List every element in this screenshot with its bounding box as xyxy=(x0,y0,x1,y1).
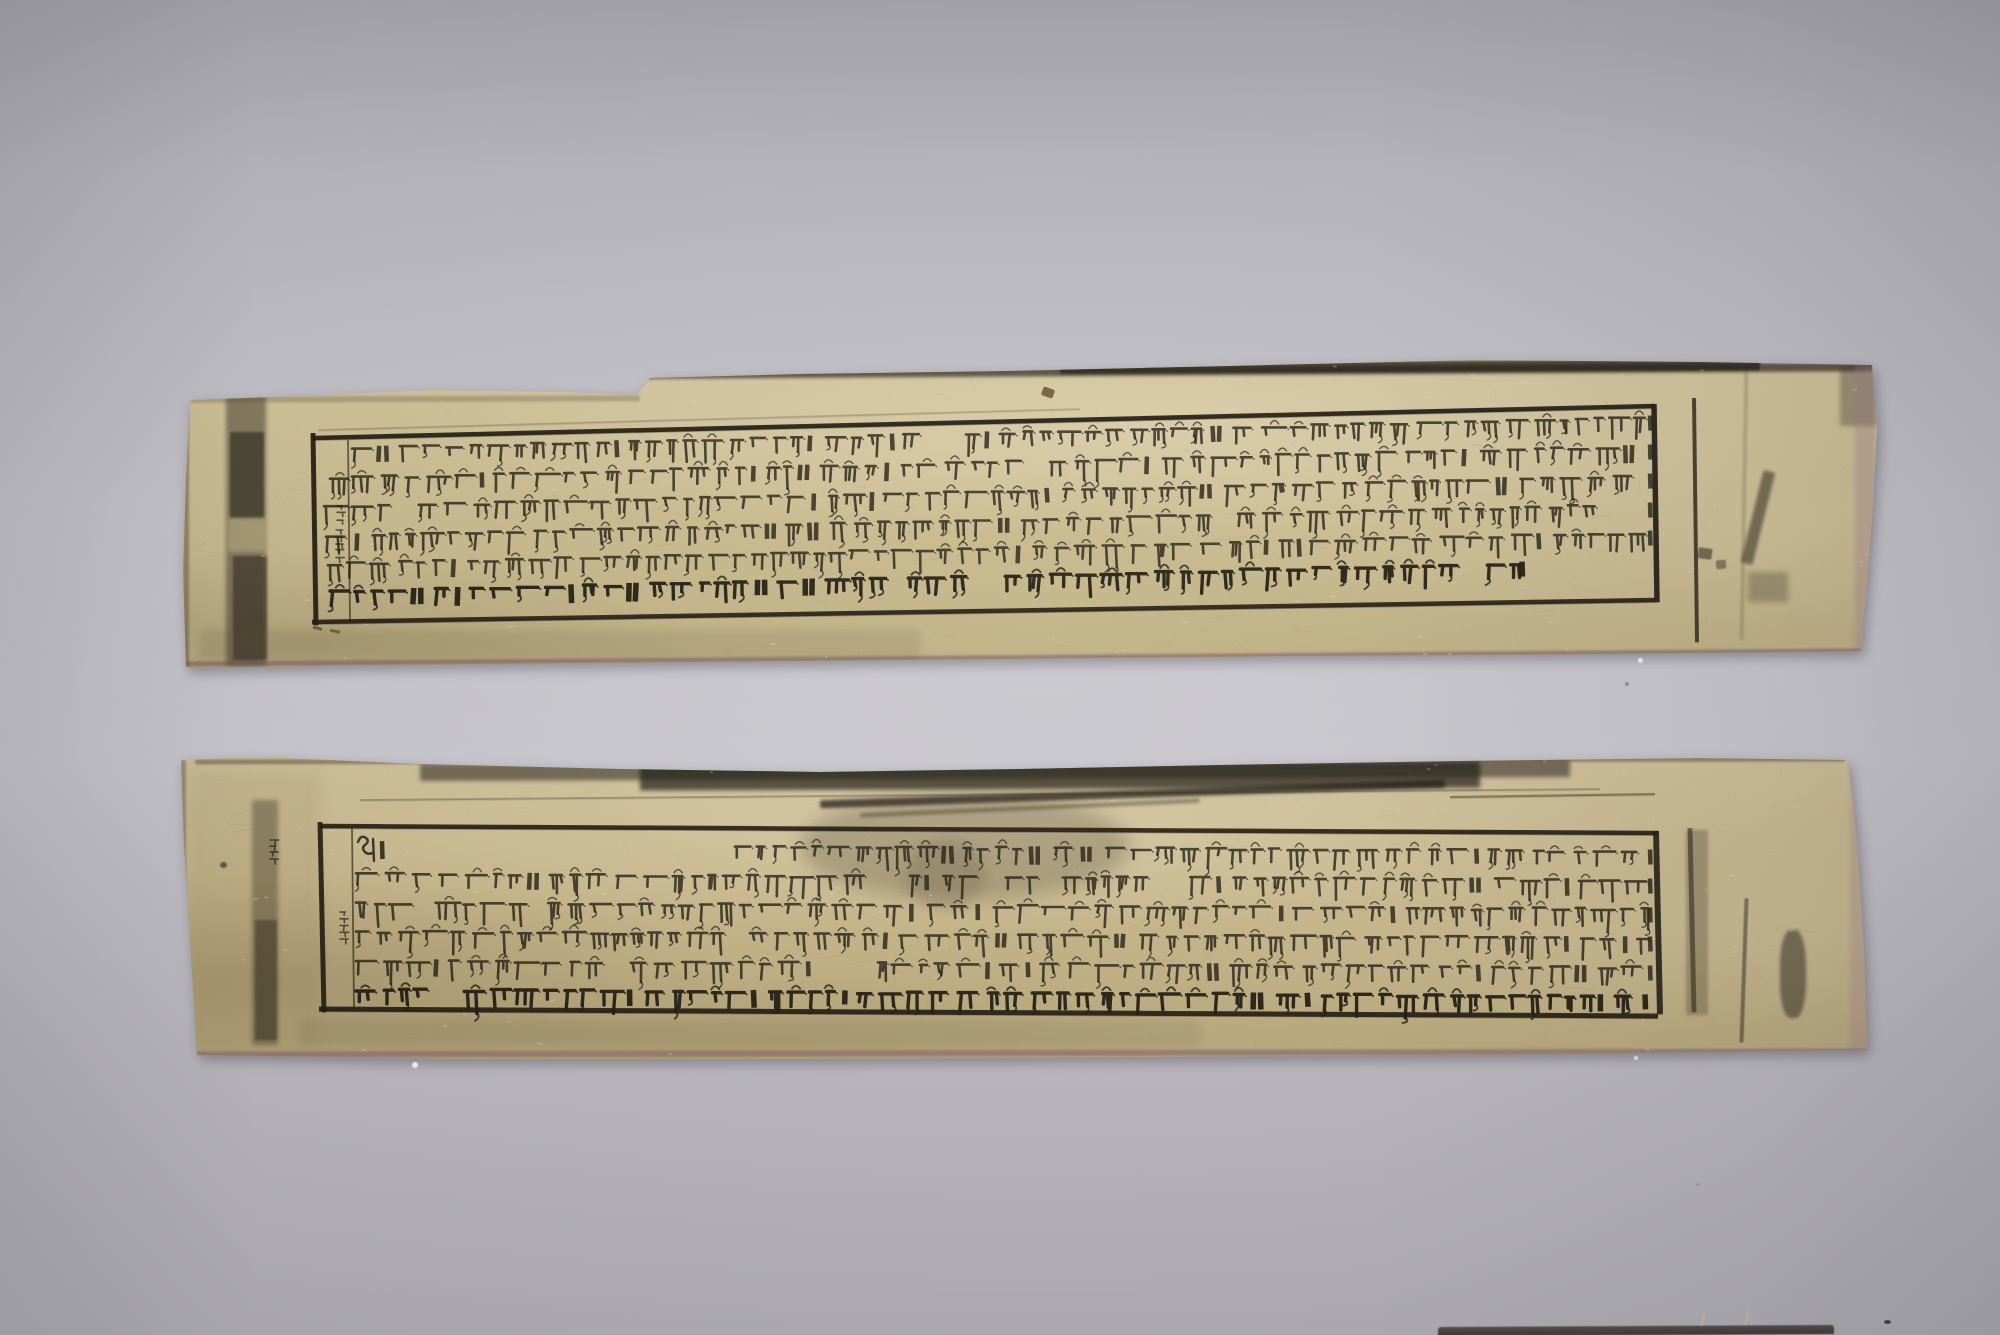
ink-stain-dot-left xyxy=(220,862,227,868)
text-line-3 xyxy=(356,897,1651,937)
ink-stain-right-margin-streaks xyxy=(1686,830,1708,1015)
ink-stain-right-blotch xyxy=(1780,930,1806,1018)
ink-stain-left-transfer-core xyxy=(255,920,277,1040)
margin-annotation xyxy=(270,840,349,944)
text-line-4 xyxy=(356,924,1651,962)
ink-stain-right-scratch xyxy=(1739,898,1748,1043)
ink-stain-smudge-cloud xyxy=(800,792,1130,900)
ink-stain-top-edge-line xyxy=(195,757,1845,765)
ink-stain-sweep-streak2 xyxy=(860,799,1200,818)
ink-stain-left-edge-line xyxy=(180,760,186,1056)
yig-mgo-head-mark xyxy=(358,837,383,861)
ink-stain-left-transfer-column xyxy=(252,800,278,1045)
text-line-1 xyxy=(735,839,1651,875)
ink-stain-bottom-edge-line xyxy=(196,1049,1868,1058)
ink-stain-top-edge-band-heavy xyxy=(640,762,1480,791)
folio-lower-paper xyxy=(0,0,2000,1335)
text-line-5 xyxy=(356,954,1651,991)
ink-stain-top-edge-band xyxy=(420,760,1570,781)
folio-lower-wrap xyxy=(0,0,2000,1335)
paper-fiber-texture xyxy=(157,757,1866,1059)
photograph-stage xyxy=(0,0,2000,1335)
text-line-2 xyxy=(356,867,1651,905)
folio-lower-print-layer xyxy=(0,0,2000,1335)
printed-frame xyxy=(319,789,1694,1017)
ink-stain-right-edge-tint xyxy=(1850,765,1868,1053)
ink-stain-bottom-band-smudge xyxy=(300,1020,1200,1046)
text-line-6 xyxy=(356,983,1646,1023)
ink-stain-left-blank-wash xyxy=(190,770,320,1050)
ink-stain-sweep-streak xyxy=(820,780,1445,809)
ink-stain-smudge-drip xyxy=(905,840,985,910)
